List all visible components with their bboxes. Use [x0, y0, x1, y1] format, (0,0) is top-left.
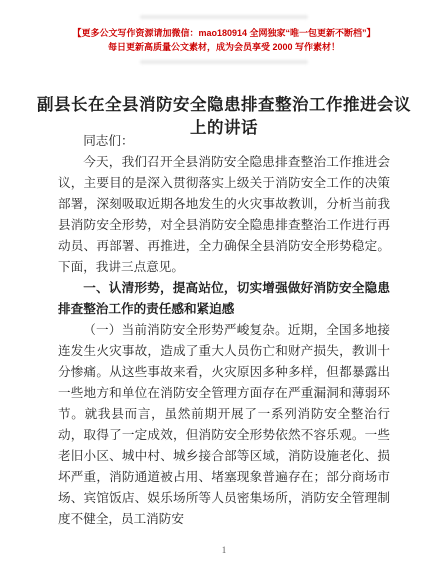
- promo-banner: 【更多公文写作资源请加微信：mao180914 全网独家“唯一包更新不断档”】 …: [0, 26, 448, 54]
- promo-line-1: 【更多公文写作资源请加微信：mao180914 全网独家“唯一包更新不断档”】: [0, 26, 448, 40]
- paragraph-intro: 今天，我们召开全县消防安全隐患排查整治工作推进会议，主要目的是深入贯彻落实上级关…: [58, 152, 390, 278]
- salutation: 同志们：: [58, 131, 390, 152]
- page-number: 1: [0, 545, 448, 555]
- faded-line-top: [140, 15, 308, 19]
- faded-line-bottom: [140, 60, 308, 64]
- promo-line-2: 每日更新高质量公文素材，成为会员享受 2000 写作素材！: [0, 40, 448, 54]
- section-heading-1: 一、认清形势，提高站位，切实增强做好消防安全隐患排查整治工作的责任感和紧迫感: [58, 278, 390, 320]
- document-body: 同志们： 今天，我们召开全县消防安全隐患排查整治工作推进会议，主要目的是深入贯彻…: [58, 131, 390, 530]
- paragraph-section-1-1: （一）当前消防安全形势严峻复杂。近期，全国多地接连发生火灾事故，造成了重大人员伤…: [58, 320, 390, 530]
- document-page: 【更多公文写作资源请加微信：mao180914 全网独家“唯一包更新不断档”】 …: [0, 0, 448, 580]
